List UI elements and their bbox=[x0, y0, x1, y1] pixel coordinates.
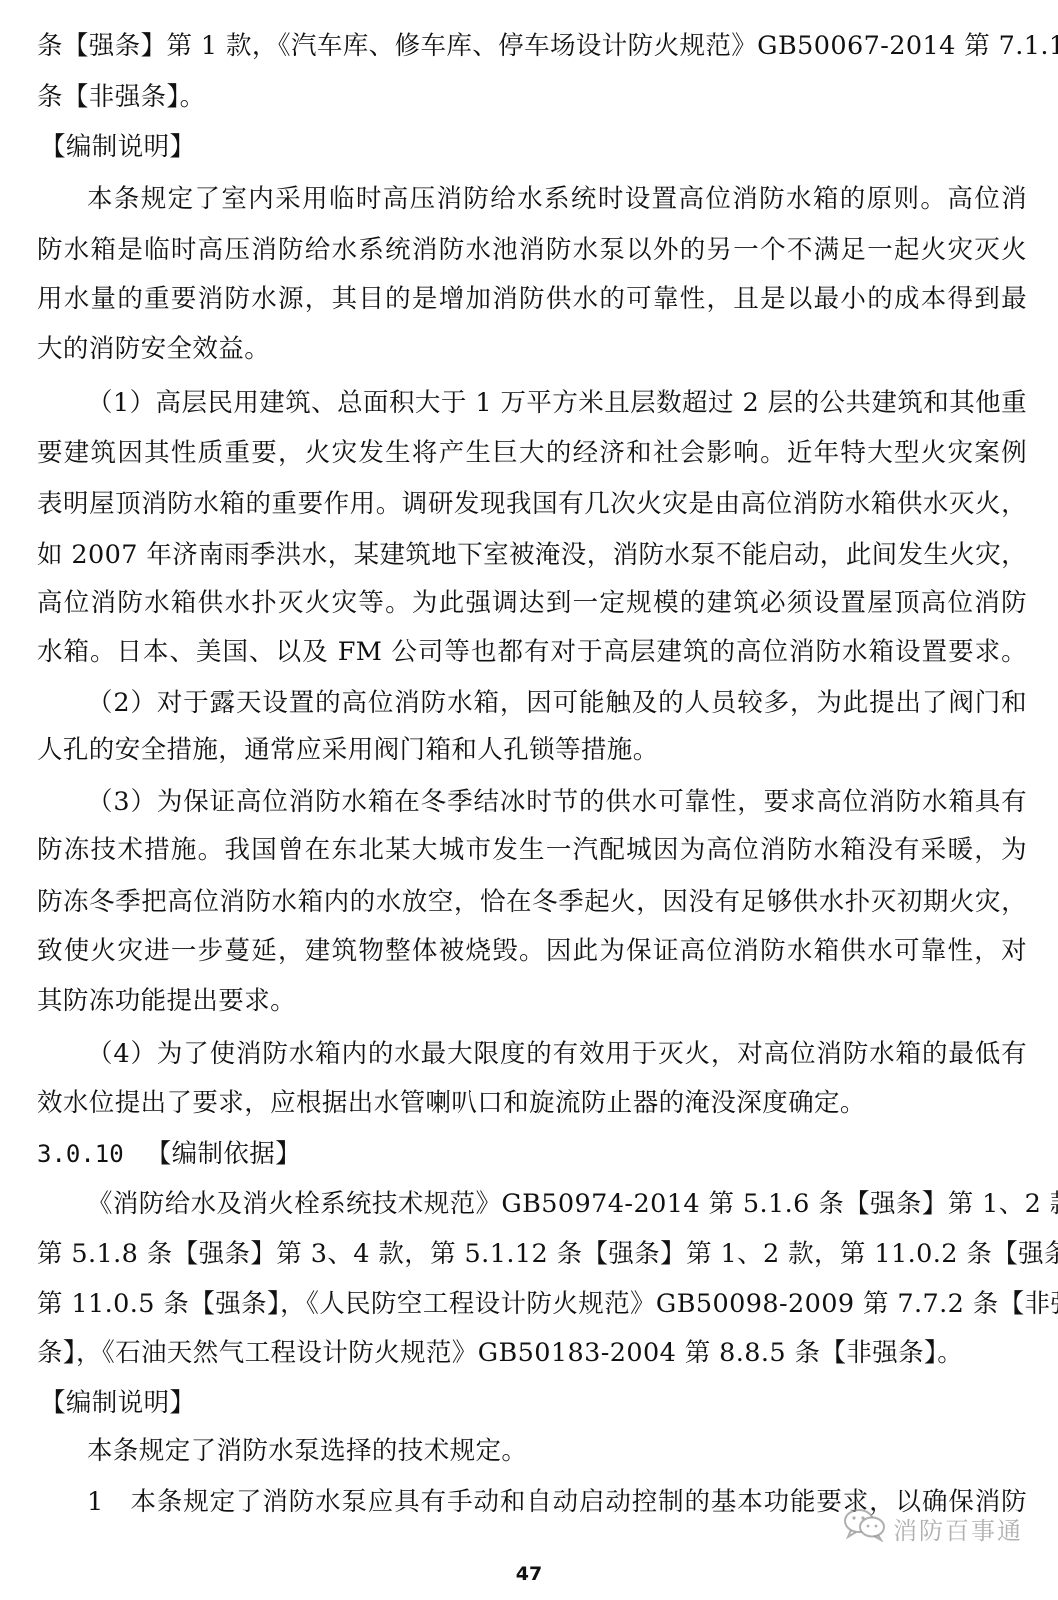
list-item-4: （4）为了使消防水箱内的水最大限度的有效用于灭火，对高位消防水箱的最低有 bbox=[87, 1038, 1027, 1070]
text-line: 要建筑因其性质重要，火灾发生将产生巨大的经济和社会影响。近年特大型火灾案例 bbox=[37, 437, 1027, 469]
watermark-text: 消防百事通 bbox=[893, 1511, 1023, 1546]
reference-paragraph: 《消防给水及消火栓系统技术规范》GB50974-2014 第 5.1.6 条【强… bbox=[87, 1188, 1027, 1220]
section-heading: 3.0.10【编制依据】 bbox=[37, 1138, 1027, 1170]
text-line: 防冻技术措施。我国曾在东北某大城市发生一汽配城因为高位消防水箱没有采暖，为 bbox=[37, 834, 1027, 866]
text-line: 用水量的重要消防水源，其目的是增加消防供水的可靠性，且是以最小的成本得到最 bbox=[37, 283, 1027, 315]
text-line: 致使火灾进一步蔓延，建筑物整体被烧毁。因此为保证高位消防水箱供水可靠性，对 bbox=[37, 935, 1027, 967]
text-line: 水箱。日本、美国、以及 FM 公司等也都有对于高层建筑的高位消防水箱设置要求。 bbox=[37, 636, 1027, 668]
document-page: 条【强条】第 1 款，《汽车库、修车库、停车场设计防火规范》GB50067-20… bbox=[0, 0, 1058, 1600]
paragraph-start: 本条规定了消防水泵选择的技术规定。 bbox=[87, 1435, 1027, 1467]
wechat-icon bbox=[843, 1508, 887, 1548]
text-line: 防冻冬季把高位消防水箱内的水放空，恰在冬季起火，因没有足够供水扑灭初期火灾， bbox=[37, 886, 1027, 918]
text-line: 人孔的安全措施，通常应采用阀门箱和人孔锁等措施。 bbox=[37, 734, 1027, 766]
section-number: 3.0.10 bbox=[37, 1140, 124, 1168]
list-item-3: （3）为保证高位消防水箱在冬季结冰时节的供水可靠性，要求高位消防水箱具有 bbox=[87, 786, 1027, 818]
section-subheading: 【编制说明】 bbox=[40, 131, 1030, 163]
text-line: 防水箱是临时高压消防给水系统消防水池消防水泵以外的另一个不满足一起火灾灭火 bbox=[37, 234, 1027, 266]
text-line: 第 11.0.5 条【强条】，《人民防空工程设计防火规范》GB50098-200… bbox=[37, 1288, 1027, 1320]
text-line: 第 5.1.8 条【强条】第 3、4 款，第 5.1.12 条【强条】第 1、2… bbox=[37, 1238, 1027, 1270]
text-line: 其防冻功能提出要求。 bbox=[37, 985, 1027, 1017]
text-line: 条【强条】第 1 款，《汽车库、修车库、停车场设计防火规范》GB50067-20… bbox=[37, 30, 1027, 62]
paragraph-start: 本条规定了室内采用临时高压消防给水系统时设置高位消防水箱的原则。高位消 bbox=[87, 183, 1027, 215]
section-subheading: 【编制说明】 bbox=[40, 1387, 1030, 1419]
text-line: 条【非强条】。 bbox=[37, 81, 1027, 113]
text-line: 条】，《石油天然气工程设计防火规范》GB50183-2004 第 8.8.5 条… bbox=[37, 1337, 1027, 1369]
text-line: 高位消防水箱供水扑灭火灾等。为此强调达到一定规模的建筑必须设置屋顶高位消防 bbox=[37, 587, 1027, 619]
text-line: 大的消防安全效益。 bbox=[37, 333, 1027, 365]
list-item-2: （2）对于露天设置的高位消防水箱，因可能触及的人员较多，为此提出了阀门和 bbox=[87, 687, 1027, 719]
text-line: 效水位提出了要求，应根据出水管喇叭口和旋流防止器的淹没深度确定。 bbox=[37, 1087, 1027, 1119]
watermark: 消防百事通 bbox=[843, 1508, 1023, 1548]
section-title: 【编制依据】 bbox=[146, 1139, 301, 1169]
page-number: 47 bbox=[0, 1563, 1058, 1585]
text-line: 表明屋顶消防水箱的重要作用。调研发现我国有几次火灾是由高位消防水箱供水灭火， bbox=[37, 488, 1027, 520]
list-item-1: （1）高层民用建筑、总面积大于 1 万平方米且层数超过 2 层的公共建筑和其他重 bbox=[87, 387, 1027, 419]
text-line: 如 2007 年济南雨季洪水，某建筑地下室被淹没，消防水泵不能启动，此间发生火灾… bbox=[37, 539, 1027, 571]
